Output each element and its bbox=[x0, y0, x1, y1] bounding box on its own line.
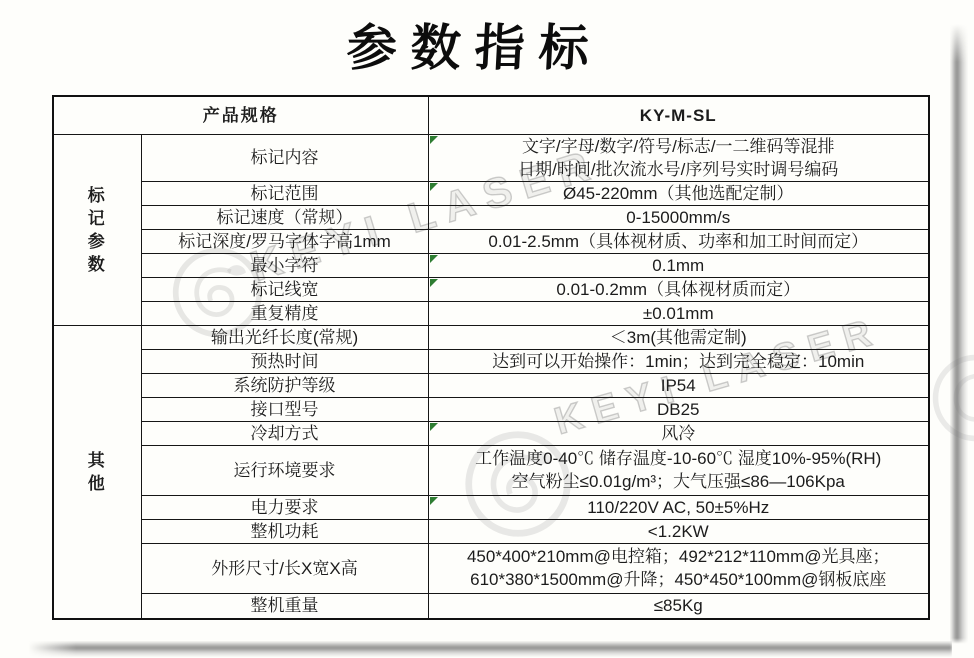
row-value: 0-15000mm/s bbox=[428, 205, 929, 229]
row-value: 文字/字母/数字/符号/标志/一二维码等混排 日期/时间/批次流水号/序列号实时… bbox=[428, 134, 929, 181]
excel-flag-icon bbox=[430, 255, 438, 263]
table-header-row: 产品规格 KY-M-SL bbox=[53, 96, 929, 134]
page-shadow-right bbox=[950, 24, 968, 644]
excel-flag-icon bbox=[430, 497, 438, 505]
spec-sheet-page: 参数指标 KEYI LASER KEYI LASER 产品规格 KY-M-SL … bbox=[0, 0, 974, 658]
row-label: 整机功耗 bbox=[141, 519, 428, 543]
row-value-text: 0.01-0.2mm（具体视材质而定） bbox=[556, 280, 800, 299]
spec-table: 产品规格 KY-M-SL 标 记 参 数 标记内容 文字/字母/数字/符号/标志… bbox=[52, 95, 930, 620]
excel-flag-icon bbox=[430, 279, 438, 287]
row-value: 450*400*210mm@电控箱；492*212*110mm@光具座； 610… bbox=[428, 543, 929, 593]
excel-flag-icon bbox=[430, 423, 438, 431]
table-row: 其 他 输出光纤长度(常规) ＜3m(其他需定制) bbox=[53, 325, 929, 349]
table-row: 冷却方式 风冷 bbox=[53, 421, 929, 445]
row-value: 工作温度0-40℃ 储存温度-10-60℃ 湿度10%-95%(RH) 空气粉尘… bbox=[428, 445, 929, 495]
row-label: 外形尺寸/长X宽X高 bbox=[141, 543, 428, 593]
table-row: 标记深度/罗马字体字高1mm 0.01-2.5mm（具体视材质、功率和加工时间而… bbox=[53, 229, 929, 253]
row-value: ＜3m(其他需定制) bbox=[428, 325, 929, 349]
table-row: 整机功耗 <1.2KW bbox=[53, 519, 929, 543]
row-value-text: 110/220V AC, 50±5%Hz bbox=[587, 498, 769, 517]
row-value-text: 文字/字母/数字/符号/标志/一二维码等混排 日期/时间/批次流水号/序列号实时… bbox=[518, 137, 838, 179]
table-row: 系统防护等级 IP54 bbox=[53, 373, 929, 397]
table-row: 最小字符 0.1mm bbox=[53, 253, 929, 277]
excel-flag-icon bbox=[430, 136, 438, 144]
row-label: 冷却方式 bbox=[141, 421, 428, 445]
table-row: 预热时间 达到可以开始操作：1min；达到完全稳定：10min bbox=[53, 349, 929, 373]
row-value: DB25 bbox=[428, 397, 929, 421]
row-label: 标记线宽 bbox=[141, 277, 428, 301]
table-row: 重复精度 ±0.01mm bbox=[53, 301, 929, 325]
row-value: 110/220V AC, 50±5%Hz bbox=[428, 495, 929, 519]
row-value: ±0.01mm bbox=[428, 301, 929, 325]
table-row: 外形尺寸/长X宽X高 450*400*210mm@电控箱；492*212*110… bbox=[53, 543, 929, 593]
row-label: 重复精度 bbox=[141, 301, 428, 325]
group-label-other: 其 他 bbox=[53, 325, 141, 619]
row-value-text: 0.1mm bbox=[652, 256, 704, 275]
row-label: 预热时间 bbox=[141, 349, 428, 373]
table-row: 标记速度（常规） 0-15000mm/s bbox=[53, 205, 929, 229]
row-label: 标记深度/罗马字体字高1mm bbox=[141, 229, 428, 253]
row-value-text: Ø45-220mm（其他选配定制） bbox=[563, 184, 793, 203]
table-row: 标记线宽 0.01-0.2mm（具体视材质而定） bbox=[53, 277, 929, 301]
row-label: 输出光纤长度(常规) bbox=[141, 325, 428, 349]
row-value: 0.1mm bbox=[428, 253, 929, 277]
row-label: 整机重量 bbox=[141, 593, 428, 619]
table-row: 接口型号 DB25 bbox=[53, 397, 929, 421]
row-value: IP54 bbox=[428, 373, 929, 397]
row-value: ≤85Kg bbox=[428, 593, 929, 619]
row-label: 接口型号 bbox=[141, 397, 428, 421]
table-row: 标记范围 Ø45-220mm（其他选配定制） bbox=[53, 181, 929, 205]
table-row: 整机重量 ≤85Kg bbox=[53, 593, 929, 619]
row-value-text: 风冷 bbox=[661, 424, 695, 443]
row-value: 达到可以开始操作：1min；达到完全稳定：10min bbox=[428, 349, 929, 373]
row-label: 电力要求 bbox=[141, 495, 428, 519]
excel-flag-icon bbox=[430, 183, 438, 191]
row-value: 0.01-0.2mm（具体视材质而定） bbox=[428, 277, 929, 301]
row-label: 系统防护等级 bbox=[141, 373, 428, 397]
row-value: Ø45-220mm（其他选配定制） bbox=[428, 181, 929, 205]
row-label: 标记速度（常规） bbox=[141, 205, 428, 229]
row-label: 最小字符 bbox=[141, 253, 428, 277]
product-spec-header: 产品规格 bbox=[53, 96, 428, 134]
row-value: 0.01-2.5mm（具体视材质、功率和加工时间而定） bbox=[428, 229, 929, 253]
page-title: 参数指标 bbox=[0, 8, 952, 80]
table-row: 电力要求 110/220V AC, 50±5%Hz bbox=[53, 495, 929, 519]
row-value: <1.2KW bbox=[428, 519, 929, 543]
page-shadow-bottom bbox=[28, 641, 952, 657]
product-model-value: KY-M-SL bbox=[428, 96, 929, 134]
table-row: 标 记 参 数 标记内容 文字/字母/数字/符号/标志/一二维码等混排 日期/时… bbox=[53, 134, 929, 181]
group-label-marking-params: 标 记 参 数 bbox=[53, 134, 141, 325]
row-label: 标记内容 bbox=[141, 134, 428, 181]
row-value: 风冷 bbox=[428, 421, 929, 445]
row-label: 标记范围 bbox=[141, 181, 428, 205]
row-label: 运行环境要求 bbox=[141, 445, 428, 495]
table-row: 运行环境要求 工作温度0-40℃ 储存温度-10-60℃ 湿度10%-95%(R… bbox=[53, 445, 929, 495]
